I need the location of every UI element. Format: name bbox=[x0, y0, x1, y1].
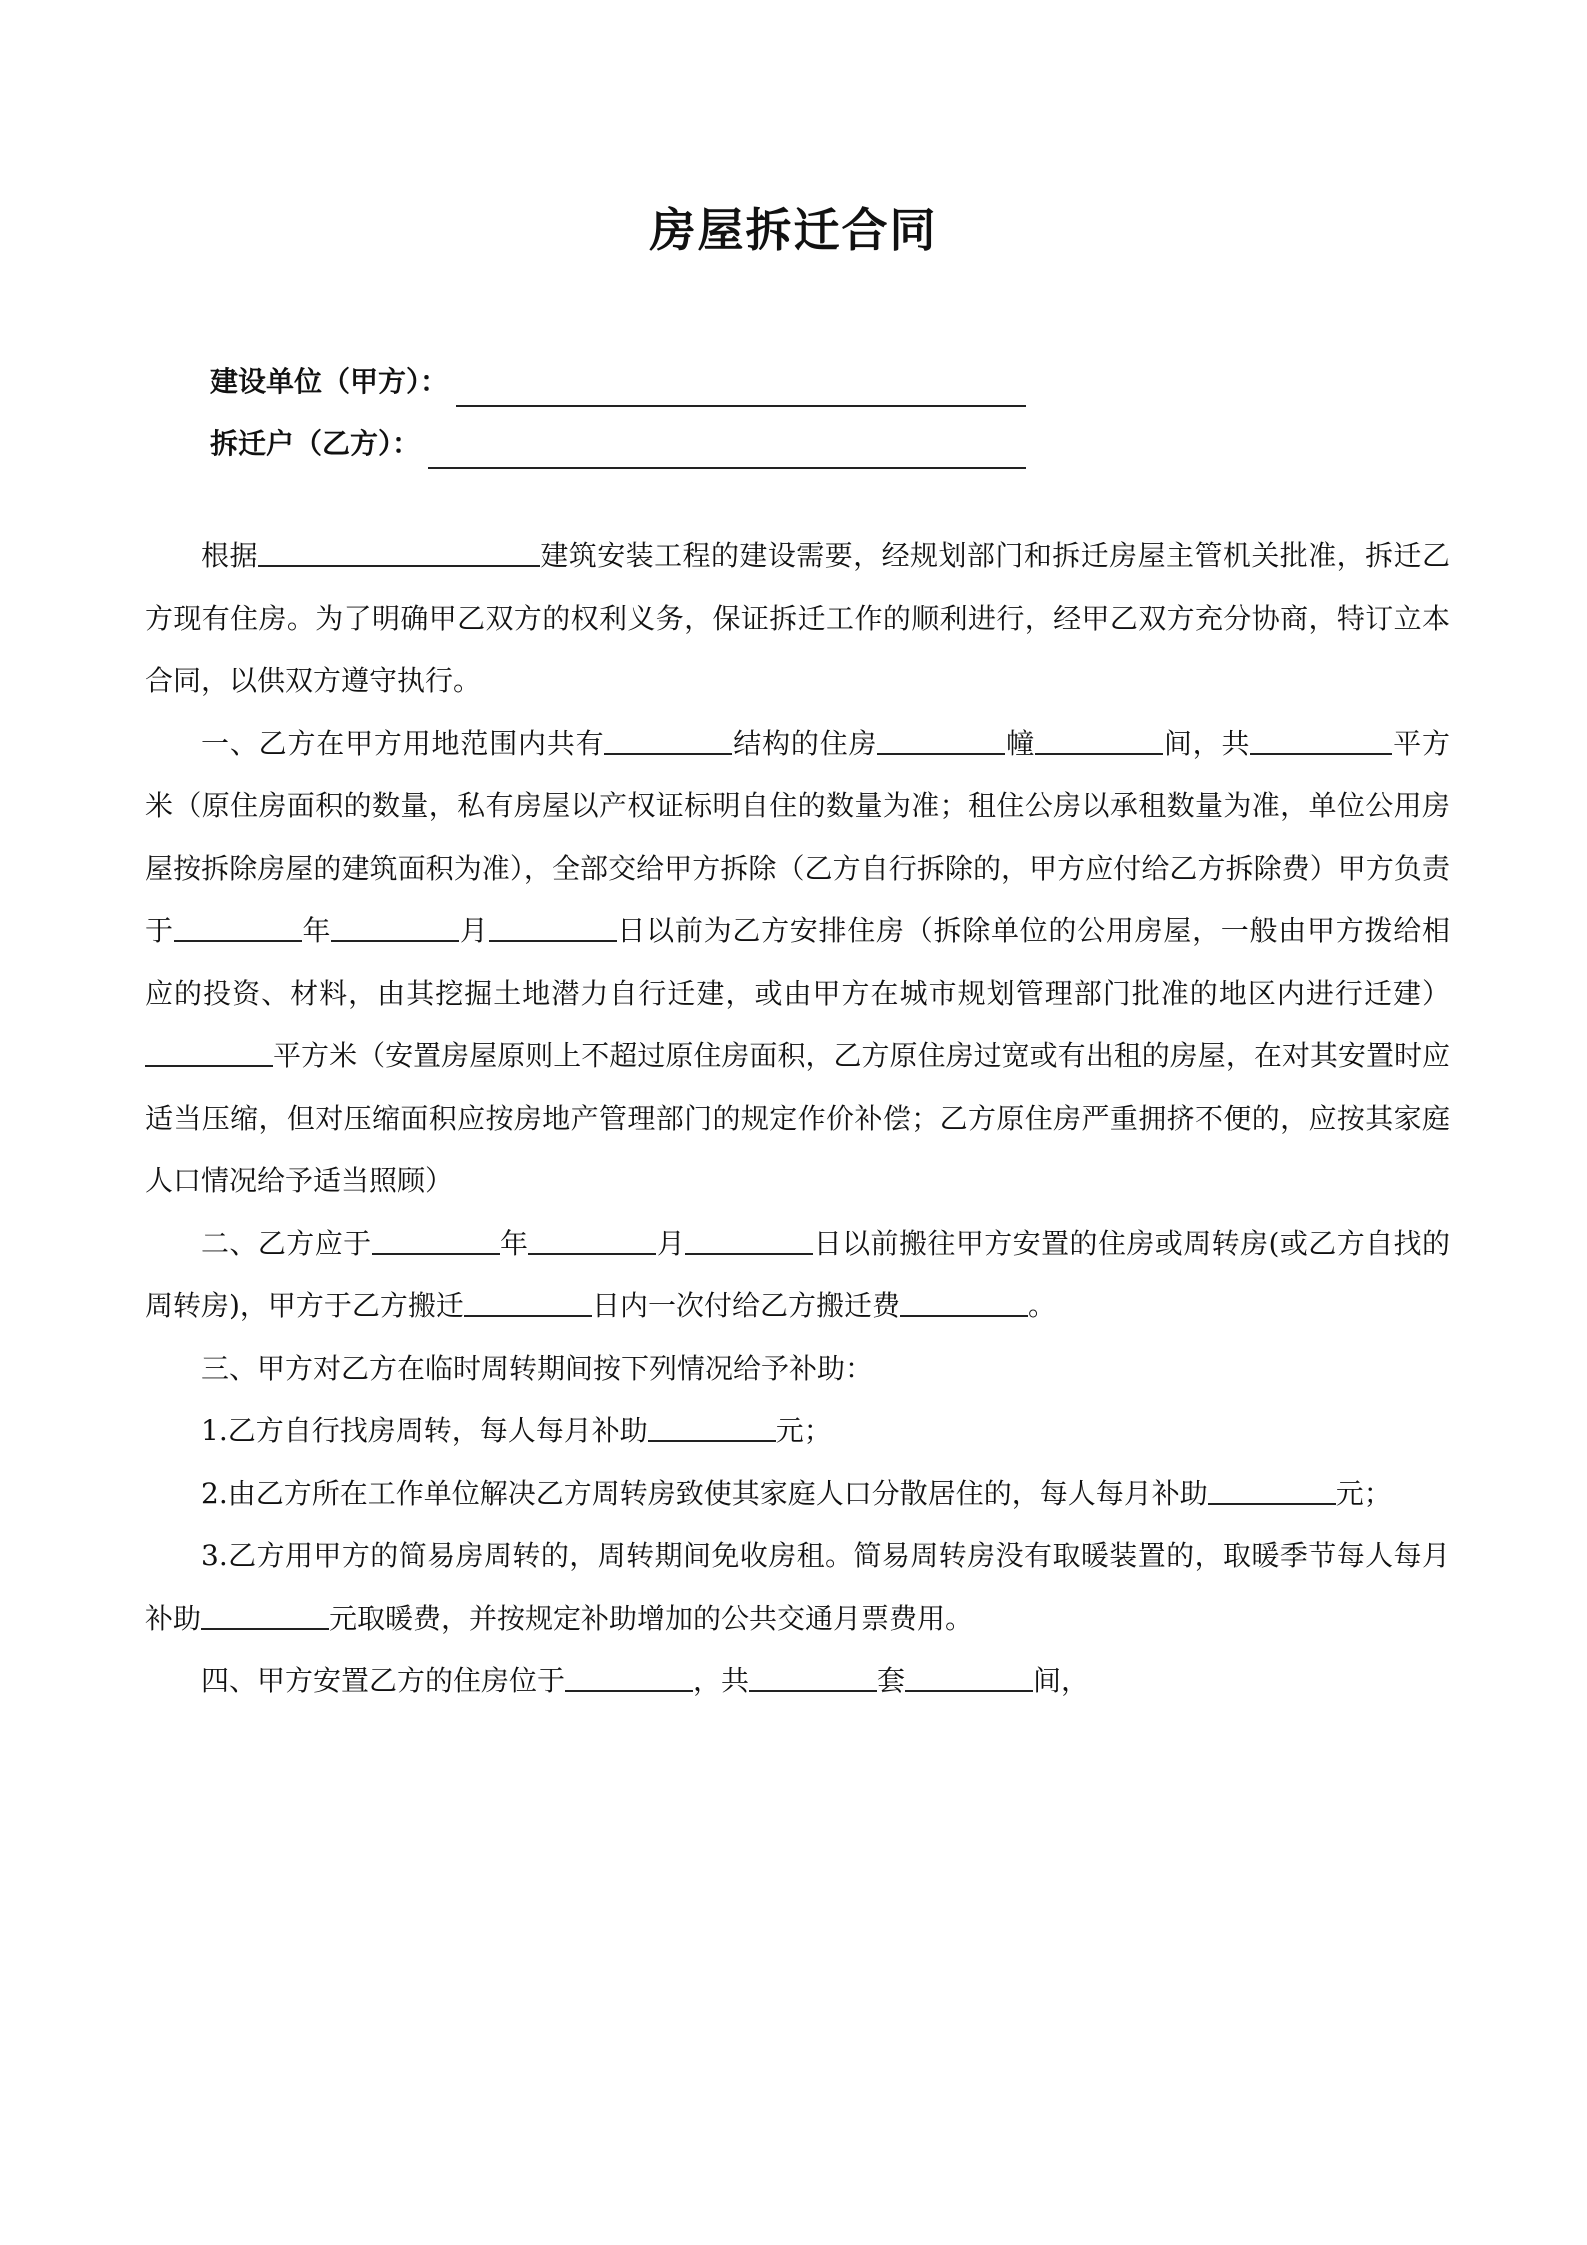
clause-text: 间， bbox=[1033, 1664, 1089, 1697]
clause-text: 四、甲方安置乙方的住房位于 bbox=[201, 1664, 565, 1697]
resettlement-area-field[interactable] bbox=[145, 1037, 273, 1067]
housing-day-field[interactable] bbox=[489, 912, 617, 942]
clause-text: ，共 bbox=[693, 1664, 749, 1697]
clause-text: 元； bbox=[1336, 1477, 1392, 1510]
payment-days-field[interactable] bbox=[464, 1287, 592, 1317]
clause-text: 。 bbox=[1028, 1289, 1056, 1322]
room-count-field[interactable] bbox=[1035, 725, 1163, 755]
preamble-paragraph: 根据建筑安装工程的建设需要，经规划部门和拆迁房屋主管机关批准，拆迁乙方现有住房。… bbox=[145, 525, 1450, 713]
building-count-field[interactable] bbox=[877, 725, 1005, 755]
heating-subsidy-field[interactable] bbox=[201, 1600, 329, 1630]
clause-text: 月 bbox=[459, 914, 488, 947]
contract-body: 根据建筑安装工程的建设需要，经规划部门和拆迁房屋主管机关批准，拆迁乙方现有住房。… bbox=[145, 525, 1450, 1713]
clause-text: 幢 bbox=[1005, 727, 1035, 760]
clause-text: 结构的住房 bbox=[732, 727, 877, 760]
clause-3-heading: 三、甲方对乙方在临时周转期间按下列情况给予补助： bbox=[145, 1338, 1450, 1401]
clause-text: 元； bbox=[776, 1414, 832, 1447]
housing-year-field[interactable] bbox=[174, 912, 302, 942]
clause-text: 月 bbox=[656, 1227, 685, 1260]
clause-text: 年 bbox=[302, 914, 331, 947]
party-block: 建设单位（甲方）： 拆迁户（乙方）： bbox=[210, 345, 1410, 469]
housing-month-field[interactable] bbox=[331, 912, 459, 942]
clause-text: 元取暖费，并按规定补助增加的公共交通月票费用。 bbox=[329, 1602, 973, 1635]
clause-2-paragraph: 二、乙方应于年月日以前搬往甲方安置的住房或周转房(或乙方自找的周转房)，甲方于乙… bbox=[145, 1213, 1450, 1338]
unit-count-field[interactable] bbox=[749, 1662, 877, 1692]
dispersed-living-subsidy-field[interactable] bbox=[1208, 1475, 1336, 1505]
moving-fee-field[interactable] bbox=[900, 1287, 1028, 1317]
clause-3-item-3: 3.乙方用甲方的简易房周转的，周转期间免收房租。简易周转房没有取暖装置的，取暖季… bbox=[145, 1525, 1450, 1650]
move-year-field[interactable] bbox=[372, 1225, 500, 1255]
preamble-text: 根据 bbox=[201, 539, 258, 572]
clause-text: 1.乙方自行找房周转，每人每月补助 bbox=[201, 1414, 648, 1447]
party-b-label: 拆迁户（乙方）： bbox=[210, 419, 420, 469]
party-a-field[interactable] bbox=[456, 375, 1026, 407]
clause-text: 套 bbox=[877, 1664, 905, 1697]
clause-text: 二、乙方应于 bbox=[201, 1227, 372, 1260]
party-a-line: 建设单位（甲方）： bbox=[210, 345, 1410, 407]
clause-4-paragraph: 四、甲方安置乙方的住房位于，共套间， bbox=[145, 1650, 1450, 1713]
move-day-field[interactable] bbox=[685, 1225, 813, 1255]
document-page: 房屋拆迁合同 建设单位（甲方）： 拆迁户（乙方）： 根据建筑安装工程的建设需要，… bbox=[0, 0, 1587, 2245]
party-b-line: 拆迁户（乙方）： bbox=[210, 407, 1410, 469]
party-b-field[interactable] bbox=[428, 437, 1026, 469]
clause-text: 平方米（安置房屋原则上不超过原住房面积，乙方原住房过宽或有出租的房屋，在对其安置… bbox=[145, 1039, 1450, 1197]
clause-1-paragraph: 一、乙方在甲方用地范围内共有结构的住房幢间，共平方米（原住房面积的数量，私有房屋… bbox=[145, 713, 1450, 1213]
clause-text: 年 bbox=[500, 1227, 529, 1260]
structure-type-field[interactable] bbox=[604, 725, 732, 755]
self-housing-subsidy-field[interactable] bbox=[648, 1412, 776, 1442]
clause-text: 2.由乙方所在工作单位解决乙方周转房致使其家庭人口分散居住的，每人每月补助 bbox=[201, 1477, 1208, 1510]
move-month-field[interactable] bbox=[528, 1225, 656, 1255]
housing-location-field[interactable] bbox=[565, 1662, 693, 1692]
document-title: 房屋拆迁合同 bbox=[0, 200, 1587, 260]
party-a-label: 建设单位（甲方）： bbox=[210, 357, 448, 407]
original-area-field[interactable] bbox=[1250, 725, 1392, 755]
project-name-field[interactable] bbox=[258, 537, 540, 567]
clause-text: 一、乙方在甲方用地范围内共有 bbox=[201, 727, 604, 760]
clause-text: 间，共 bbox=[1163, 727, 1250, 760]
clause-3-item-2: 2.由乙方所在工作单位解决乙方周转房致使其家庭人口分散居住的，每人每月补助元； bbox=[145, 1463, 1450, 1526]
clause-text: 日内一次付给乙方搬迁费 bbox=[592, 1289, 900, 1322]
room-count-resettle-field[interactable] bbox=[905, 1662, 1033, 1692]
clause-3-item-1: 1.乙方自行找房周转，每人每月补助元； bbox=[145, 1400, 1450, 1463]
